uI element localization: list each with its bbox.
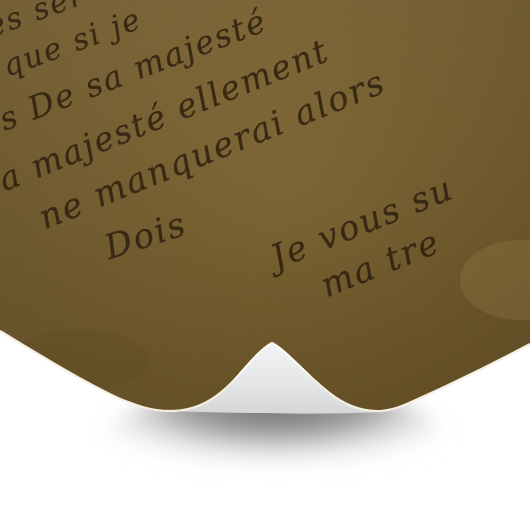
poster-paper: [0, 0, 530, 530]
poster-mockup: es servit que si jees De sa majestésa ma…: [0, 0, 530, 530]
